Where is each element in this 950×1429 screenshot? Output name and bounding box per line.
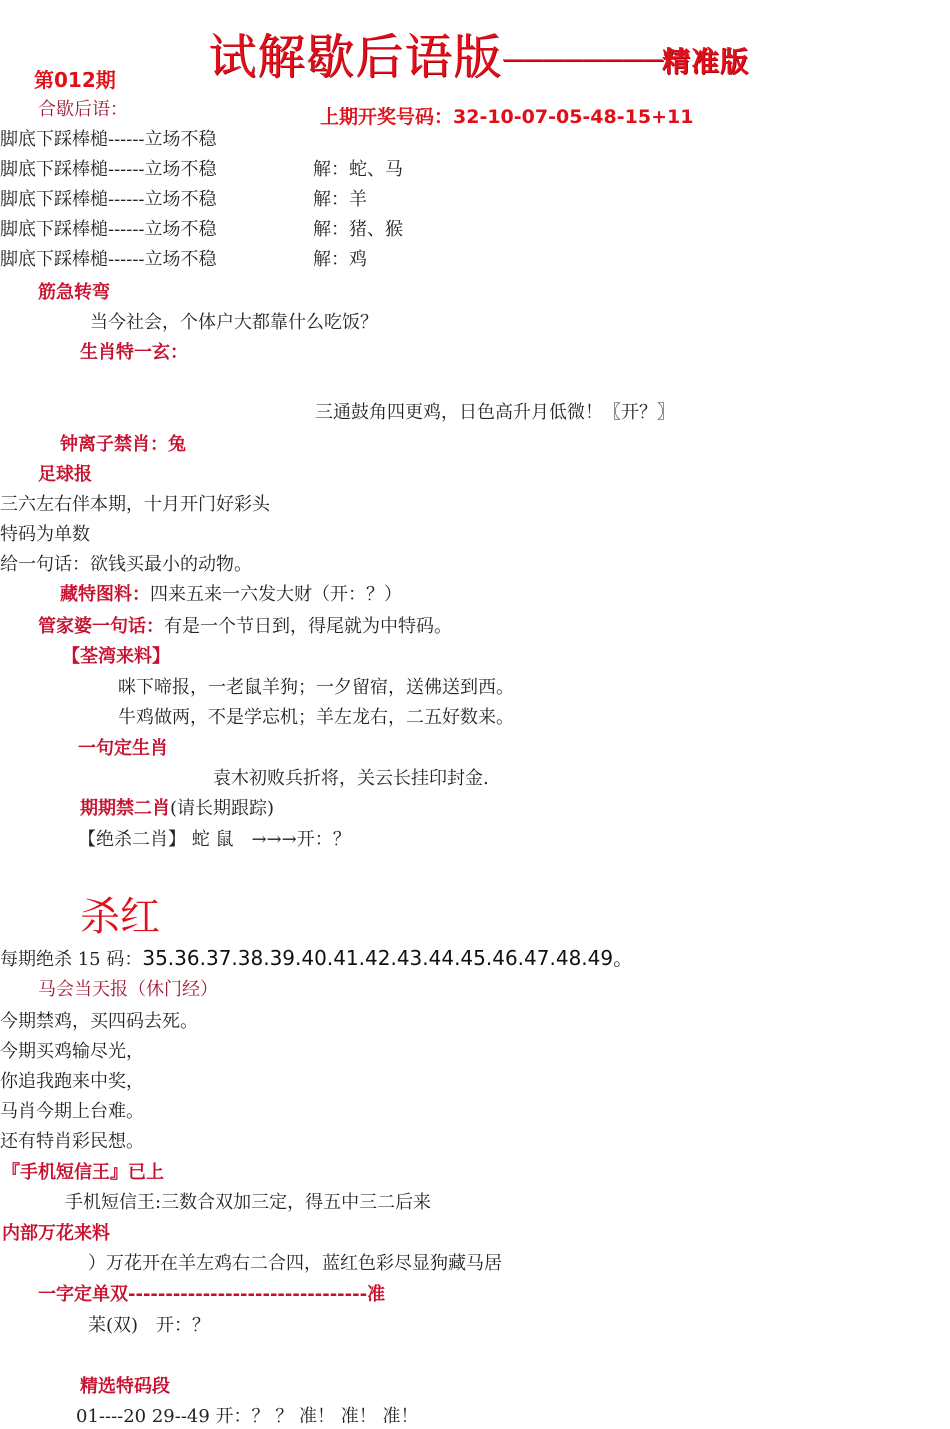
ban-two-note: (请长期跟踪)	[170, 798, 274, 819]
odd-even-text: 苿(双) 开：？	[88, 1311, 210, 1337]
horse-club-heading: 马会当天报（休门经）	[38, 975, 218, 1001]
kill-red-heading: 杀红	[80, 885, 160, 942]
football-line: 给一句话：欲钱买最小的动物。	[0, 550, 252, 576]
segment-text: 01----20 29--49 开：？ ？ 准！ 准！ 准！	[76, 1402, 418, 1428]
xiehouyu-line: 脚底下踩棒槌------立场不稳	[0, 215, 217, 241]
ban-two-heading: 期期禁二肖	[80, 798, 170, 819]
xiehouyu-line: 脚底下踩棒槌------立场不稳	[0, 155, 217, 181]
football-heading: 足球报	[38, 460, 92, 486]
previous-result: 上期开奖号码：32-10-07-05-48-15+11	[320, 102, 693, 129]
xiehouyu-line: 脚底下踩棒槌------立场不稳	[0, 125, 217, 151]
quanwan-line: 牛鸡做两，不是学忘机；羊左龙右，二五好数来。	[118, 703, 514, 729]
title-main: 试解歇后语版	[208, 29, 502, 85]
horse-club-line: 你追我跑来中奖，	[0, 1067, 144, 1093]
kill-red-numbers: 35.36.37.38.39.40.41.42.43.44.45.46.47.4…	[142, 946, 633, 970]
horse-club-line: 今期买鸡输尽光，	[0, 1037, 144, 1063]
kill-red-label: 每期绝杀 15 码：	[0, 949, 142, 970]
sms-king-heading: 『手机短信王』已上	[2, 1158, 164, 1184]
horse-club-line: 还有特肖彩民想。	[0, 1127, 144, 1153]
title-suffix: 精准版	[662, 45, 749, 78]
title-dash: ————————	[502, 48, 662, 73]
zhongli-label: 钟离子禁肖：兔	[60, 430, 186, 456]
segment-heading: 精选特码段	[80, 1372, 170, 1398]
riddle-heading: 筋急转弯	[38, 278, 110, 304]
one-sentence-heading: 一句定生肖	[78, 734, 168, 760]
xiehouyu-line: 脚底下踩棒槌------立场不稳	[0, 245, 217, 271]
housekeeper-text: 有是一个节日到，得尾就为中特码。	[164, 616, 452, 637]
sms-king-text: 手机短信王:三数合双加三定，得五中三二后来	[65, 1188, 431, 1214]
xiehouyu-answer: 解：蛇、马	[313, 155, 403, 181]
wanhua-text: ）万花开在羊左鸡右二合四，蓝红色彩尽显狗藏马居	[88, 1249, 502, 1275]
xiehouyu-heading: 合歇后语：	[38, 95, 128, 121]
quanwan-line: 咪下啼报，一老鼠羊狗；一夕留宿，送佛送到西。	[118, 673, 514, 699]
page-title: 试解歇后语版————————精准版	[208, 18, 749, 87]
hidden-chart-text: 四来五来一六发大财（开：？）	[150, 584, 402, 605]
odd-even-dashes: --------------------------------	[128, 1284, 367, 1305]
odd-even-heading: 一字定单双--------------------------------准	[38, 1280, 385, 1306]
riddle-question: 当今社会，个体户大都靠什么吃饭？	[90, 308, 378, 334]
horse-club-line: 今期禁鸡，买四码去死。	[0, 1007, 198, 1033]
football-line: 特码为单数	[0, 520, 90, 546]
housekeeper: 管家婆一句话：有是一个节日到，得尾就为中特码。	[38, 612, 452, 638]
hidden-chart: 藏特图料：四来五来一六发大财（开：？）	[60, 580, 402, 606]
xiehouyu-answer: 解：羊	[313, 185, 367, 211]
xiehouyu-answer: 解：猪、猴	[313, 215, 403, 241]
zodiac-special-poem: 三通鼓角四更鸡，日色高升月低微！〖开？〗	[315, 398, 675, 424]
hidden-chart-label: 藏特图料：	[60, 584, 150, 605]
xiehouyu-answer: 解：鸡	[313, 245, 367, 271]
wanhua-heading: 内部万花来料	[2, 1219, 110, 1245]
zodiac-special-heading: 生肖特一玄：	[80, 338, 188, 364]
odd-even-label: 一字定单双	[38, 1284, 128, 1305]
housekeeper-label: 管家婆一句话：	[38, 616, 164, 637]
football-line: 三六左右伴本期，十月开门好彩头	[0, 490, 270, 516]
odd-even-suffix: 准	[367, 1284, 385, 1305]
one-sentence-text: 袁木初败兵折将，关云长挂印封金.	[213, 764, 489, 790]
xiehouyu-line: 脚底下踩棒槌------立场不稳	[0, 185, 217, 211]
quanwan-heading: 【荃湾来料】	[62, 642, 170, 668]
ban-two: 期期禁二肖(请长期跟踪)	[80, 794, 274, 820]
horse-club-line: 马肖今期上台难。	[0, 1097, 144, 1123]
issue-number: 第012期	[34, 64, 116, 93]
kill-red-line: 每期绝杀 15 码：35.36.37.38.39.40.41.42.43.44.…	[0, 942, 633, 971]
ban-two-line: 【绝杀二肖】 蛇 鼠 →→→开：？	[78, 825, 351, 851]
